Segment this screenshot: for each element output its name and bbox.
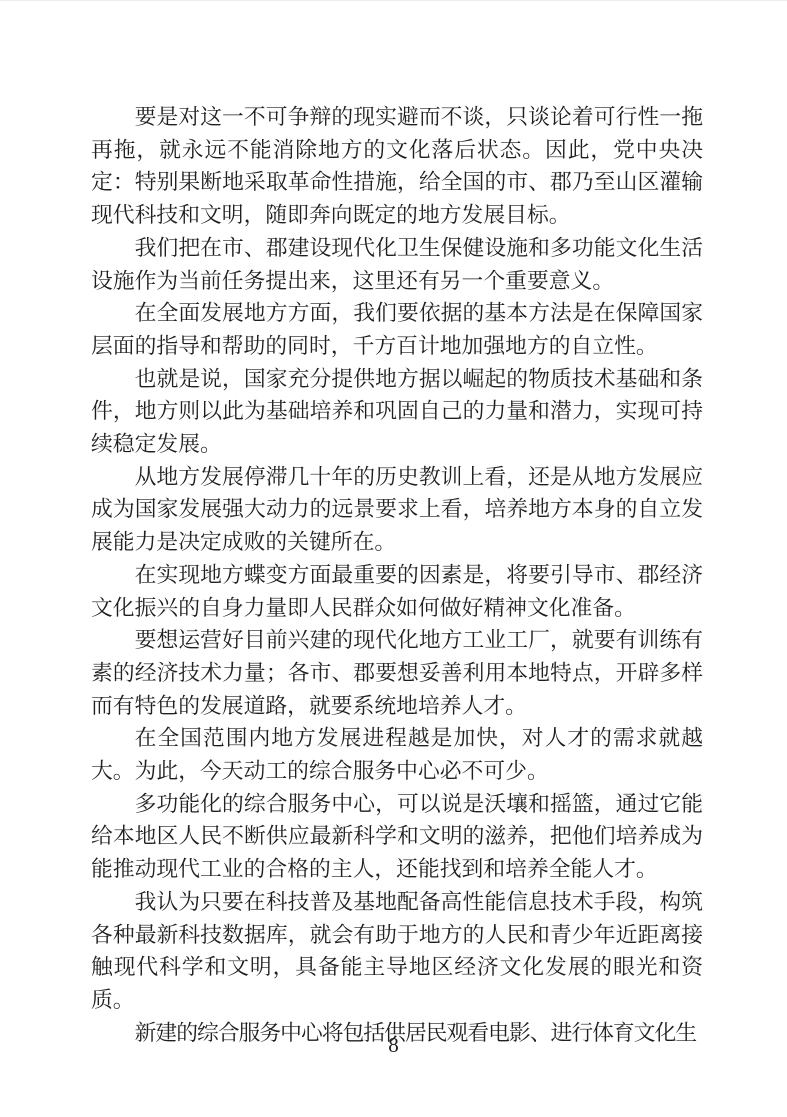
document-page: 要是对这一不可争辩的现实避而不谈，只谈论着可行性一拖再拖，就永远不能消除地方的文… [0, 0, 787, 1117]
paragraph-10: 我认为只要在科技普及基地配备高性能信息技术手段，构筑各种最新科技数据库，就会有助… [91, 886, 703, 1017]
paragraph-7: 要想运营好目前兴建的现代化地方工业工厂，就要有训练有素的经济技术力量；各市、郡要… [91, 624, 703, 722]
paragraph-2: 我们把在市、郡建设现代化卫生保健设施和多功能文化生活设施作为当前任务提出来，这里… [91, 232, 703, 297]
paragraph-3: 在全面发展地方方面，我们要依据的基本方法是在保障国家层面的指导和帮助的同时，千方… [91, 297, 703, 362]
paragraph-5: 从地方发展停滞几十年的历史教训上看，还是从地方发展应成为国家发展强大动力的远景要… [91, 461, 703, 559]
paragraph-4: 也就是说，国家充分提供地方据以崛起的物质技术基础和条件，地方则以此为基础培养和巩… [91, 363, 703, 461]
text-block: 要是对这一不可争辩的现实避而不谈，只谈论着可行性一拖再拖，就永远不能消除地方的文… [91, 101, 703, 1049]
paragraph-8: 在全国范围内地方发展进程越是加快，对人才的需求就越大。为此，今天动工的综合服务中… [91, 722, 703, 787]
paragraph-1: 要是对这一不可争辩的现实避而不谈，只谈论着可行性一拖再拖，就永远不能消除地方的文… [91, 101, 703, 232]
paragraph-9: 多功能化的综合服务中心，可以说是沃壤和摇篮，通过它能给本地区人民不断供应最新科学… [91, 788, 703, 886]
paragraph-6: 在实现地方蝶变方面最重要的因素是，将要引导市、郡经济文化振兴的自身力量即人民群众… [91, 559, 703, 624]
page-number: 8 [0, 1032, 787, 1058]
